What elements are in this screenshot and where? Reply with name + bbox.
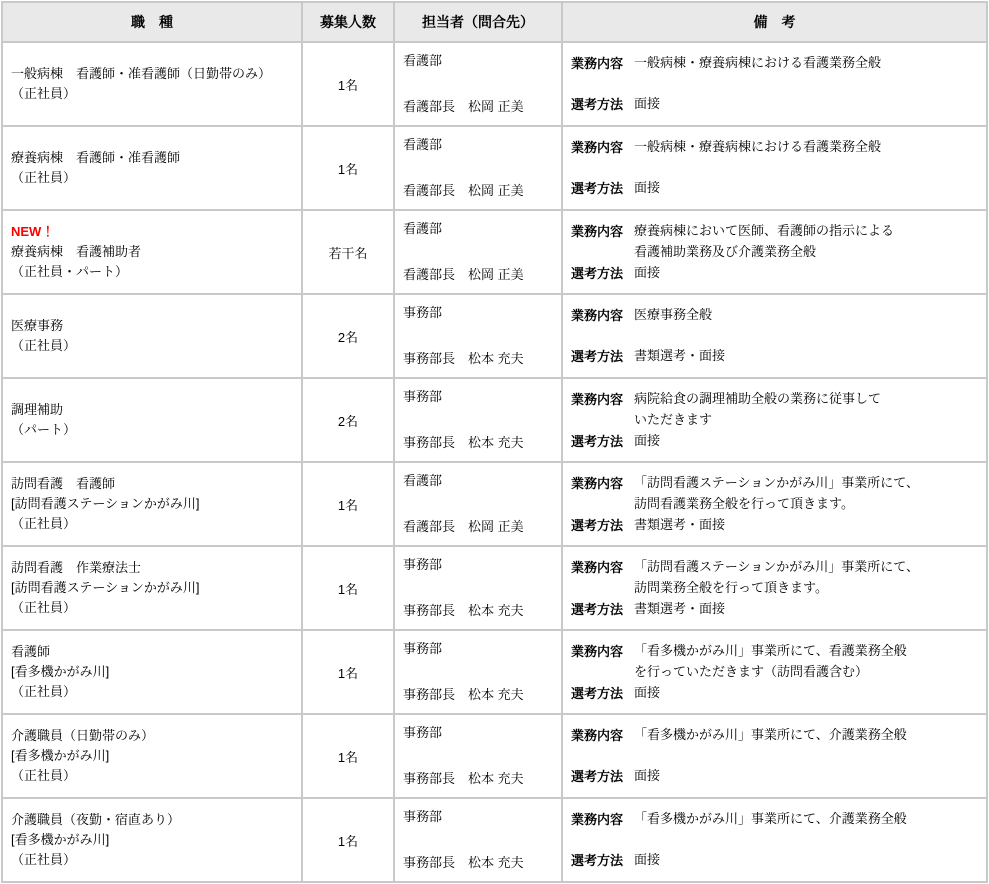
contact-cell: 看護部 看護部長 松岡 正美 [394, 126, 562, 210]
selection-text: 面接 [634, 263, 660, 284]
duty-label: 業務内容 [571, 641, 623, 660]
table-row: 療養病棟 看護師・准看護師 （正社員） 1名 看護部 看護部長 松岡 正美 業務… [2, 126, 987, 210]
contact-person: 事務部長 松本 充夫 [403, 771, 553, 787]
contact-person: 事務部長 松本 充夫 [403, 855, 553, 871]
table-row: 医療事務 （正社員） 2名 事務部 事務部長 松本 充夫 業務内容 医療事務全般 [2, 294, 987, 378]
headcount-value: 2名 [338, 330, 358, 345]
duty-text: 一般病棟・療養病棟における看護業務全般 [634, 53, 881, 74]
selection-text: 面接 [634, 766, 660, 787]
duty-label: 業務内容 [571, 137, 623, 156]
headcount-value: 1名 [338, 834, 358, 849]
department: 事務部 [403, 389, 553, 405]
header-headcount: 募集人数 [302, 2, 394, 42]
contact-cell: 看護部 看護部長 松岡 正美 [394, 210, 562, 294]
remarks-cell: 業務内容 一般病棟・療養病棟における看護業務全般 選考方法 面接 [562, 42, 987, 126]
job-title-cell: 訪問看護 看護師 [訪問看護ステーションかがみ川] （正社員） [2, 462, 302, 546]
duty-label: 業務内容 [571, 389, 623, 408]
headcount-value: 2名 [338, 414, 358, 429]
contact-cell: 事務部 事務部長 松本 充夫 [394, 378, 562, 462]
duty-label: 業務内容 [571, 305, 623, 324]
header-remarks: 備 考 [562, 2, 987, 42]
headcount-cell: 2名 [302, 378, 394, 462]
remarks-cell: 業務内容 「看多機かがみ川」事業所にて、看護業務全般 を行っていただきます（訪問… [562, 630, 987, 714]
duty-text: 療養病棟において医師、看護師の指示による 看護補助業務及び介護業務全般 [634, 221, 894, 263]
duty-label: 業務内容 [571, 53, 623, 72]
recruitment-table: 職 種 募集人数 担当者（問合先） 備 考 一般病棟 看護師・准看護師（日勤帯の… [1, 1, 988, 883]
selection-label: 選考方法 [571, 178, 623, 197]
contact-person: 看護部長 松岡 正美 [403, 519, 553, 535]
headcount-cell: 1名 [302, 462, 394, 546]
headcount-value: 1名 [338, 666, 358, 681]
contact-cell: 看護部 看護部長 松岡 正美 [394, 462, 562, 546]
remarks-cell: 業務内容 「看多機かがみ川」事業所にて、介護業務全般 選考方法 面接 [562, 798, 987, 882]
headcount-cell: 1名 [302, 714, 394, 798]
headcount-cell: 1名 [302, 546, 394, 630]
headcount-cell: 1名 [302, 798, 394, 882]
duty-text: 「訪問看護ステーションかがみ川」事業所にて、 訪問業務全般を行って頂きます。 [634, 557, 919, 599]
selection-label: 選考方法 [571, 94, 623, 113]
contact-person: 看護部長 松岡 正美 [403, 267, 553, 283]
department: 事務部 [403, 809, 553, 825]
selection-text: 面接 [634, 178, 660, 199]
new-badge: NEW！ [11, 222, 293, 242]
remarks-cell: 業務内容 療養病棟において医師、看護師の指示による 看護補助業務及び介護業務全般… [562, 210, 987, 294]
department: 事務部 [403, 725, 553, 741]
job-title-cell: 看護師 [看多機かがみ川] （正社員） [2, 630, 302, 714]
duty-label: 業務内容 [571, 809, 623, 828]
duty-text: 一般病棟・療養病棟における看護業務全般 [634, 137, 881, 158]
job-title: 看護師 [看多機かがみ川] （正社員） [11, 642, 293, 702]
recruitment-page: 職 種 募集人数 担当者（問合先） 備 考 一般病棟 看護師・准看護師（日勤帯の… [1, 1, 986, 883]
contact-person: 事務部長 松本 充夫 [403, 351, 553, 367]
selection-label: 選考方法 [571, 599, 623, 618]
job-title: 療養病棟 看護師・准看護師 （正社員） [11, 148, 293, 188]
duty-label: 業務内容 [571, 557, 623, 576]
remarks-cell: 業務内容 「訪問看護ステーションかがみ川」事業所にて、 訪問業務全般を行って頂き… [562, 546, 987, 630]
headcount-cell: 1名 [302, 126, 394, 210]
job-title: 訪問看護 作業療法士 [訪問看護ステーションかがみ川] （正社員） [11, 558, 293, 618]
department: 事務部 [403, 557, 553, 573]
headcount-value: 1名 [338, 750, 358, 765]
table-row: 看護師 [看多機かがみ川] （正社員） 1名 事務部 事務部長 松本 充夫 業務… [2, 630, 987, 714]
header-row: 職 種 募集人数 担当者（問合先） 備 考 [2, 2, 987, 42]
remarks-cell: 業務内容 「看多機かがみ川」事業所にて、介護業務全般 選考方法 面接 [562, 714, 987, 798]
headcount-cell: 若干名 [302, 210, 394, 294]
contact-person: 事務部長 松本 充夫 [403, 603, 553, 619]
job-title-cell: 介護職員（夜勤・宿直あり） [看多機かがみ川] （正社員） [2, 798, 302, 882]
job-title-cell: NEW！ 療養病棟 看護補助者 （正社員・パート） [2, 210, 302, 294]
table-row: NEW！ 療養病棟 看護補助者 （正社員・パート） 若干名 看護部 看護部長 松… [2, 210, 987, 294]
job-title-cell: 介護職員（日勤帯のみ） [看多機かがみ川] （正社員） [2, 714, 302, 798]
remarks-cell: 業務内容 「訪問看護ステーションかがみ川」事業所にて、 訪問看護業務全般を行って… [562, 462, 987, 546]
remarks-cell: 業務内容 一般病棟・療養病棟における看護業務全般 選考方法 面接 [562, 126, 987, 210]
duty-text: 「訪問看護ステーションかがみ川」事業所にて、 訪問看護業務全般を行って頂きます。 [634, 473, 919, 515]
table-row: 介護職員（夜勤・宿直あり） [看多機かがみ川] （正社員） 1名 事務部 事務部… [2, 798, 987, 882]
selection-text: 面接 [634, 683, 660, 704]
duty-text: 病院給食の調理補助全般の業務に従事して いただきます [634, 389, 881, 431]
headcount-value: 1名 [338, 582, 358, 597]
headcount-cell: 2名 [302, 294, 394, 378]
selection-text: 書類選考・面接 [634, 515, 725, 536]
job-title-cell: 療養病棟 看護師・准看護師 （正社員） [2, 126, 302, 210]
headcount-cell: 1名 [302, 42, 394, 126]
headcount-value: 1名 [338, 498, 358, 513]
header-job-type: 職 種 [2, 2, 302, 42]
selection-text: 面接 [634, 850, 660, 871]
table-row: 調理補助 （パート） 2名 事務部 事務部長 松本 充夫 業務内容 病院給食の調… [2, 378, 987, 462]
selection-text: 書類選考・面接 [634, 346, 725, 367]
duty-text: 医療事務全般 [634, 305, 712, 326]
headcount-cell: 1名 [302, 630, 394, 714]
duty-text: 「看多機かがみ川」事業所にて、看護業務全般 を行っていただきます（訪問看護含む） [634, 641, 907, 683]
contact-person: 看護部長 松岡 正美 [403, 183, 553, 199]
duty-text: 「看多機かがみ川」事業所にて、介護業務全般 [634, 809, 907, 830]
header-contact: 担当者（問合先） [394, 2, 562, 42]
selection-text: 面接 [634, 94, 660, 115]
job-title: 介護職員（日勤帯のみ） [看多機かがみ川] （正社員） [11, 726, 293, 786]
job-title-cell: 医療事務 （正社員） [2, 294, 302, 378]
remarks-cell: 業務内容 病院給食の調理補助全般の業務に従事して いただきます 選考方法 面接 [562, 378, 987, 462]
job-title: 介護職員（夜勤・宿直あり） [看多機かがみ川] （正社員） [11, 810, 293, 870]
department: 看護部 [403, 221, 553, 237]
table-row: 介護職員（日勤帯のみ） [看多機かがみ川] （正社員） 1名 事務部 事務部長 … [2, 714, 987, 798]
duty-label: 業務内容 [571, 473, 623, 492]
job-title-cell: 調理補助 （パート） [2, 378, 302, 462]
selection-label: 選考方法 [571, 431, 623, 450]
selection-label: 選考方法 [571, 766, 623, 785]
contact-person: 看護部長 松岡 正美 [403, 99, 553, 115]
selection-label: 選考方法 [571, 346, 623, 365]
headcount-value: 1名 [338, 162, 358, 177]
selection-label: 選考方法 [571, 263, 623, 282]
selection-label: 選考方法 [571, 515, 623, 534]
headcount-value: 若干名 [328, 246, 367, 261]
duty-text: 「看多機かがみ川」事業所にて、介護業務全般 [634, 725, 907, 746]
table-row: 一般病棟 看護師・准看護師（日勤帯のみ） （正社員） 1名 看護部 看護部長 松… [2, 42, 987, 126]
job-title: 一般病棟 看護師・准看護師（日勤帯のみ） （正社員） [11, 64, 293, 104]
selection-text: 書類選考・面接 [634, 599, 725, 620]
job-title-cell: 一般病棟 看護師・准看護師（日勤帯のみ） （正社員） [2, 42, 302, 126]
job-title: 調理補助 （パート） [11, 400, 293, 440]
remarks-cell: 業務内容 医療事務全般 選考方法 書類選考・面接 [562, 294, 987, 378]
contact-cell: 事務部 事務部長 松本 充夫 [394, 798, 562, 882]
contact-cell: 事務部 事務部長 松本 充夫 [394, 630, 562, 714]
duty-label: 業務内容 [571, 221, 623, 240]
table-row: 訪問看護 作業療法士 [訪問看護ステーションかがみ川] （正社員） 1名 事務部… [2, 546, 987, 630]
table-row: 訪問看護 看護師 [訪問看護ステーションかがみ川] （正社員） 1名 看護部 看… [2, 462, 987, 546]
department: 事務部 [403, 305, 553, 321]
selection-label: 選考方法 [571, 850, 623, 869]
department: 看護部 [403, 137, 553, 153]
contact-person: 事務部長 松本 充夫 [403, 435, 553, 451]
headcount-value: 1名 [338, 78, 358, 93]
contact-cell: 看護部 看護部長 松岡 正美 [394, 42, 562, 126]
contact-cell: 事務部 事務部長 松本 充夫 [394, 546, 562, 630]
selection-label: 選考方法 [571, 683, 623, 702]
duty-label: 業務内容 [571, 725, 623, 744]
department: 看護部 [403, 473, 553, 489]
selection-text: 面接 [634, 431, 660, 452]
contact-cell: 事務部 事務部長 松本 充夫 [394, 714, 562, 798]
contact-cell: 事務部 事務部長 松本 充夫 [394, 294, 562, 378]
job-title: 医療事務 （正社員） [11, 316, 293, 356]
contact-person: 事務部長 松本 充夫 [403, 687, 553, 703]
job-title: 訪問看護 看護師 [訪問看護ステーションかがみ川] （正社員） [11, 474, 293, 534]
job-title: 療養病棟 看護補助者 （正社員・パート） [11, 242, 293, 282]
department: 事務部 [403, 641, 553, 657]
job-title-cell: 訪問看護 作業療法士 [訪問看護ステーションかがみ川] （正社員） [2, 546, 302, 630]
department: 看護部 [403, 53, 553, 69]
